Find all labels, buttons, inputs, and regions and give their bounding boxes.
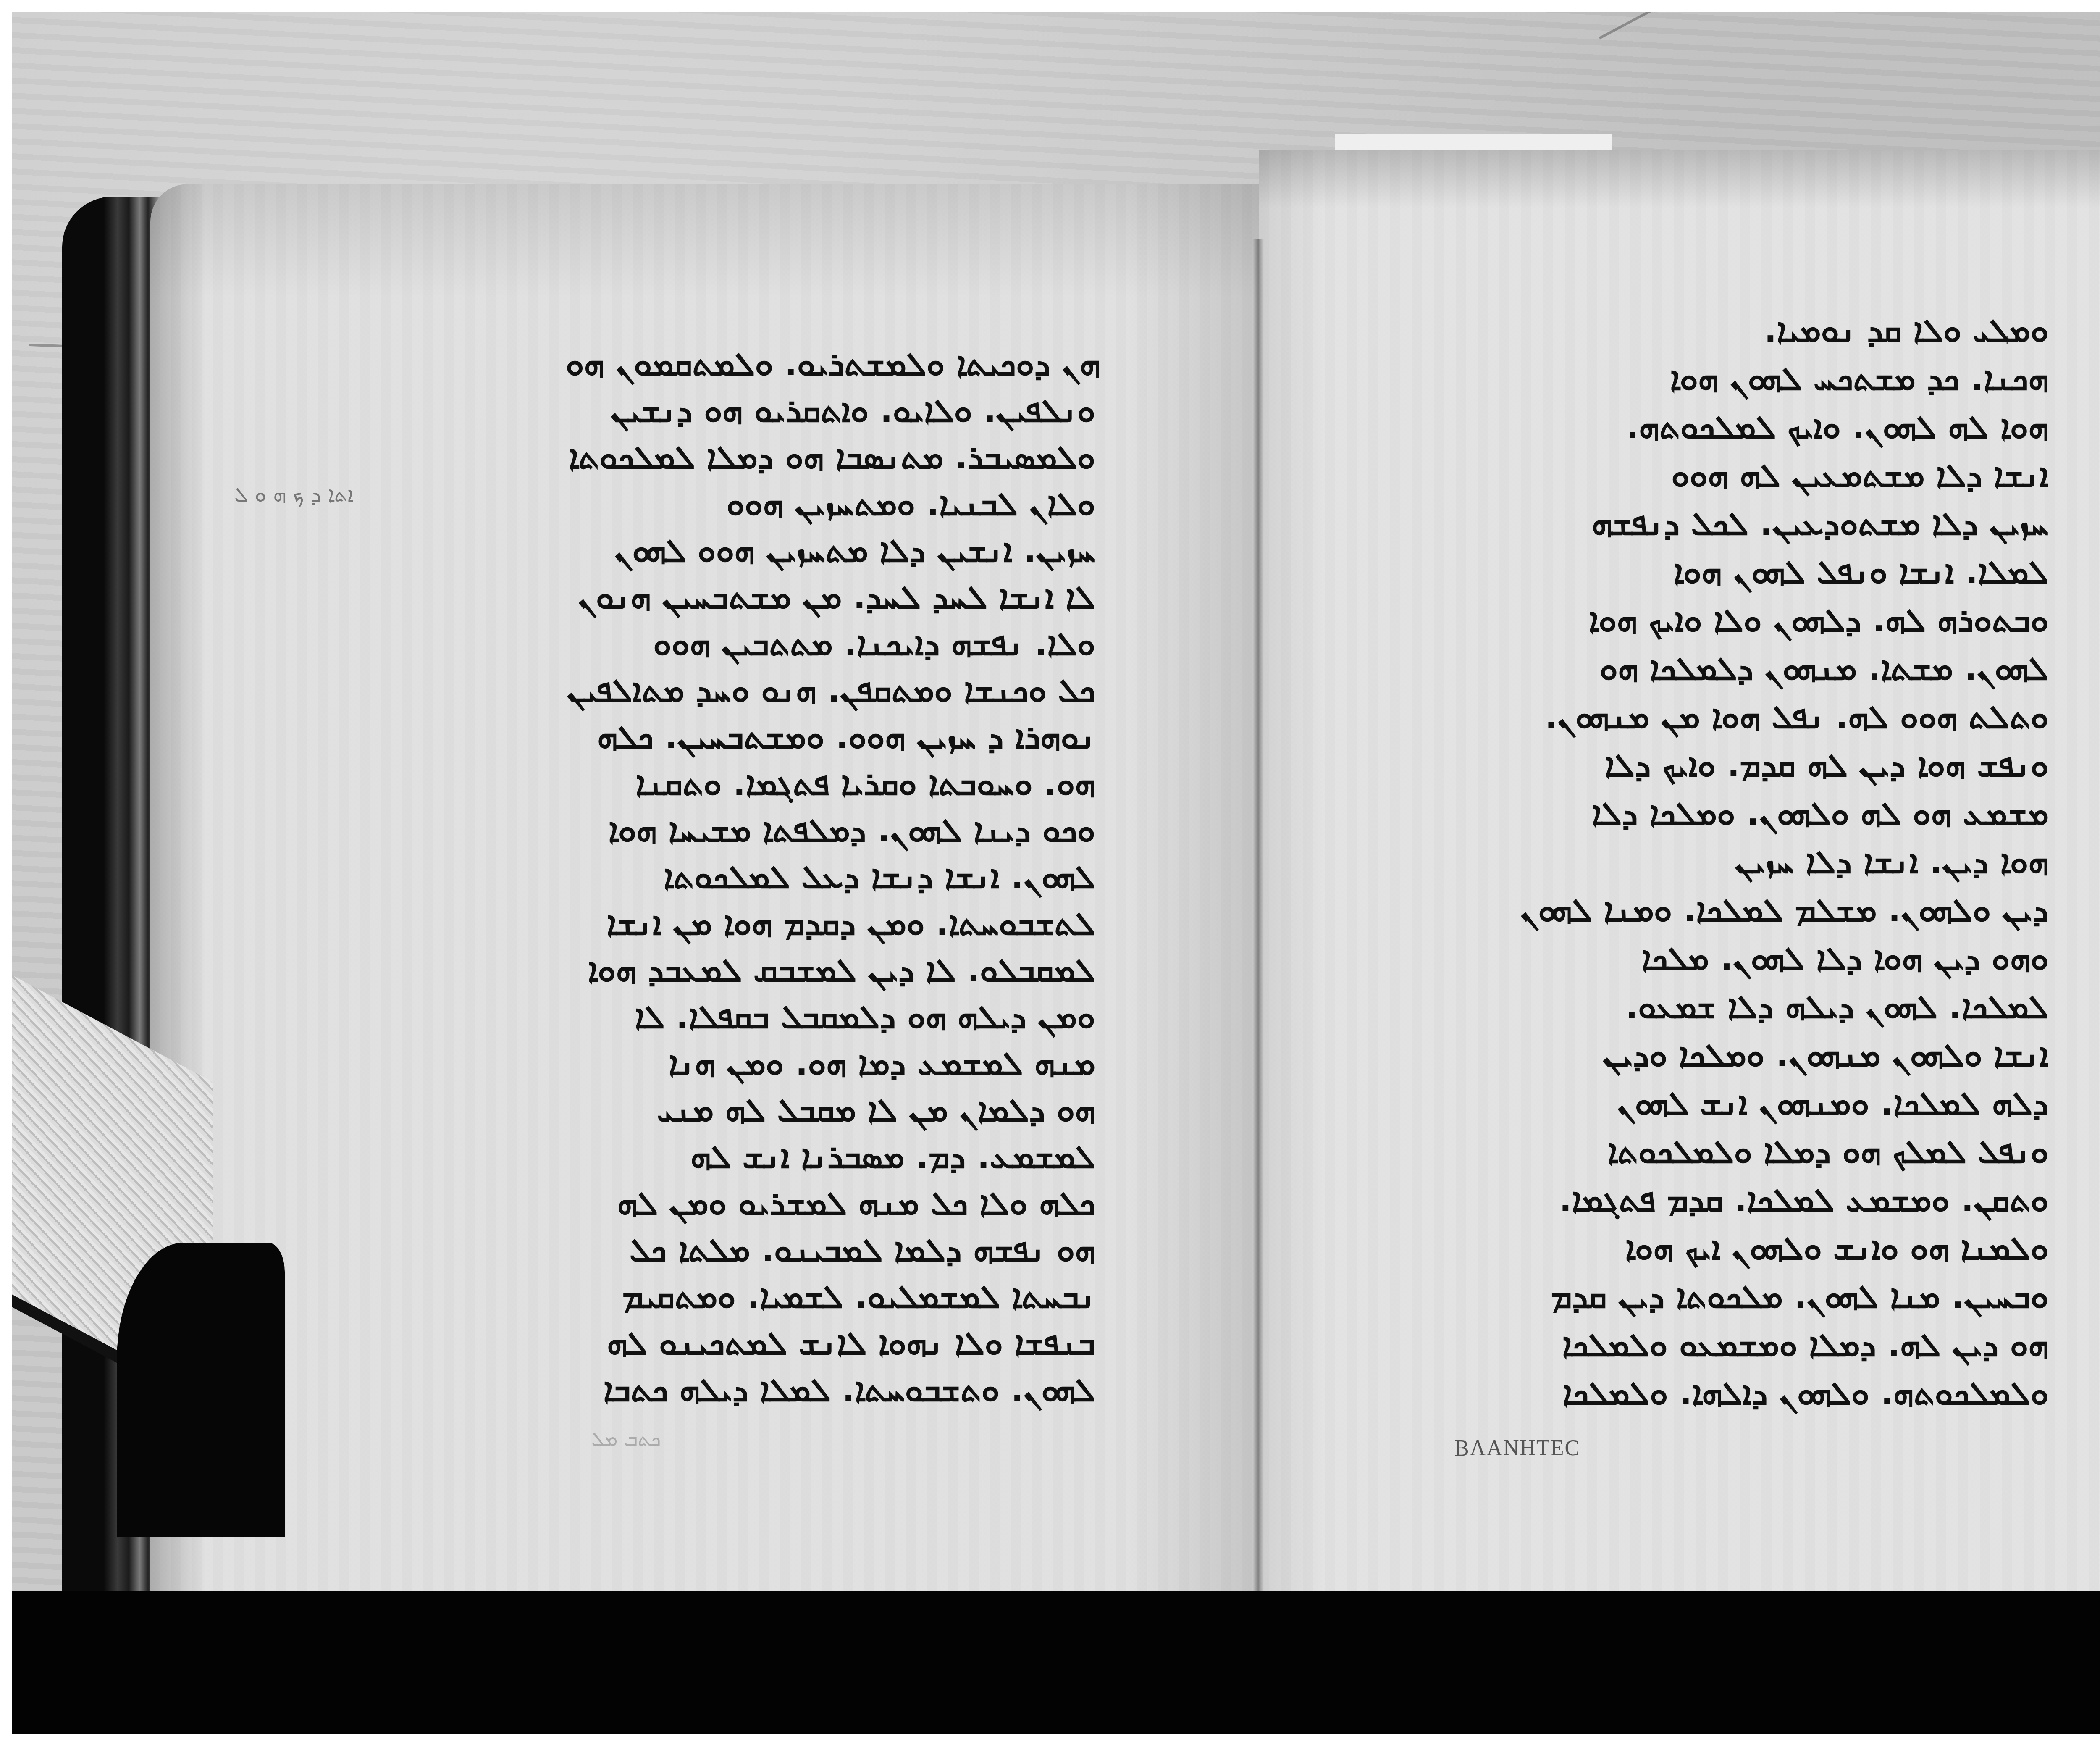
text-line: ܘܠܐܢ ܠܒܢܝܐ. ܘܡܬܚܙܝܢ ܗܘܘ — [727, 488, 1095, 520]
stacked-book-shadow — [117, 1243, 285, 1537]
text-line: ܠܡܩܒܠܘ. ܠܐ ܕܝܢ ܠܡܫܒܩ ܠܡܥܒܕ ܗܘܐ — [588, 954, 1095, 987]
text-line: ܘܢܠܦܝܢ. ܘܠܐܝܘ. ܘܐܬܩܪܝܘ ܗܘ ܕܢܫܝܢ — [611, 394, 1095, 427]
text-line: ܢܒܚܬܐ ܠܡܫܡܠܝܘ. ܠܫܡܝܐ. ܘܡܬܩܝܡ — [622, 1280, 1095, 1313]
text-line: ܕܠܗ ܠܡܠܟܐ. ܘܡܢܗܘܢ ܐܢܫ ܠܗܘܢ — [1617, 1087, 2049, 1120]
text-line: ܗܘ ܕܝܢ ܠܗ. ܕܡܠܐ ܘܡܫܡܥܘ ܘܠܡܠܟܐ — [1562, 1329, 2049, 1362]
text-line: ܡܢܗ ܠܡܫܡܥ ܕܡܐ ܗܘ. ܘܡܢ ܗܢܐ — [668, 1047, 1095, 1080]
text-line: ܗܘ. ܘܚܘܒܬܐ ܘܩܪܝܐ ܦܬܓܡܐ. ܘܬܩܢܐ — [635, 768, 1095, 800]
text-line: ܠܬܫܒܘܚܬܐ. ܘܡܢ ܕܩܕܡ ܗܘܐ ܡܢ ܐܢܫܐ — [606, 907, 1095, 940]
text-line: ܘܒܚܝܢ. ܡܢܐ ܠܗܘܢ. ܡܠܟܘܬܐ ܕܝܢ ܩܕܡ — [1551, 1280, 2049, 1313]
text-line: ܘܠܐ. ܢܦܫܗ ܕܐܝܟܢܐ. ܡܬܬܒܝܢ ܗܘܘ — [653, 628, 1095, 660]
text-line: ܒܢܦܫܐ ܘܠܐ ܢܗܘܐ ܠܐܢܫ ܠܡܬܟܝܢܘ ܠܗ — [607, 1327, 1095, 1360]
text-line: ܚܙܝܢ. ܐܢܫܝܢ ܕܠܐ ܡܬܚܙܝܢ ܗܘܘ ܠܗܘܢ — [614, 534, 1095, 567]
text-line: ܘܬܩܢ. ܘܡܫܡܥ ܠܡܠܟܐ. ܩܕܡ ܦܬܓܡܐ. — [1559, 1184, 2049, 1217]
bottom-black-band — [12, 1591, 2100, 1734]
text-line: ܡܫܡܥ ܗܘ ܠܗ ܘܠܗܘܢ. ܘܡܠܟܐ ܕܠܐ — [1592, 797, 2049, 830]
text-line: ܠܗܘܢ. ܐܢܫܐ ܕܢܫܐ ܕܥܠ ܠܡܠܟܘܬܐ — [664, 861, 1095, 894]
gutter — [1253, 239, 1264, 1608]
text-line: ܗܢ ܕܘܟܝܬܐ ܘܠܡܫܬܪܝܘ. ܘܠܡܬܩܡܘܢ ܗܘ — [566, 348, 1095, 381]
text-line: ܚܙܝܢ ܕܠܐ ܡܫܬܘܕܥܝܢ. ܠܟܠ ܕܢܦܫܗ — [1592, 507, 2049, 540]
text-line: ܗܟܢܐ. ܟܕ ܡܫܬܟܚ ܠܗܘܢ ܗܘܐ — [1670, 363, 2049, 395]
text-line: ܗܘܐ ܕܝܢ. ܐܢܫܐ ܕܠܐ ܚܙܝܢ — [1735, 846, 2049, 878]
text-line: ܗܘܐ ܠܗ ܠܗܘܢ. ܘܐܝܟ ܠܡܠܟܘܬܗ. — [1626, 411, 2049, 444]
text-line: ܗܘ ܢܦܫܗ ܕܠܡܐ ܠܡܒܝܢܘ. ܡܠܬܐ ܟܠ — [630, 1234, 1095, 1267]
text-line: ܠܗܘܢ. ܘܬܫܒܘܚܬܐ. ܠܡܠܐ ܕܝܠܗ ܟܬܒܐ — [603, 1374, 1095, 1406]
text-line: ܘܬܠܬ ܗܘܘ ܠܗ. ܢܦܠ ܗܘܐ ܡܢ ܡܢܗܘܢ. — [1545, 701, 2049, 733]
text-line: ܠܡܫܡܥ. ܕܡ. ܡܣܒܪܢܐ ܐܢܫ ܠܗ — [690, 1141, 1095, 1173]
text-line: ܠܡܠܟܐ. ܠܗܘܢ ܕܝܠܗ ܕܠܐ ܫܡܥܘ. — [1625, 991, 2049, 1023]
faint-footer-note: ܟܬܒ ܡܠ — [591, 1427, 661, 1451]
photo-frame: ܐܬܐ ܕ ܟ ܗ ܘ ܠ ⁖ ܗܢ ܕܘܟܝܬܐ ܘܠܡܫܬܪܝܘ. ܘܠܡܬ… — [0, 0, 2100, 1748]
text-line: ܟܠܗ ܘܠܐ ܟܠ ܡܢܗ ܠܡܫܪܝܘ ܘܡܢ ܠܗ — [617, 1187, 1095, 1220]
right-page-text: ܘܡܠܝ ܘܠܐ ܩܕ ܢܘܡܝܐ. ܗܟܢܐ. ܟܕ ܡܫܬܟܚ ܠܗܘܢ ܗ… — [1394, 314, 2049, 1423]
text-line: ܘܠܡܢܐ ܗܘ ܘܐܢܫ ܘܠܗܘܢ ܐܝܟ ܗܘܐ — [1625, 1232, 2049, 1265]
text-line: ܘܠܡܠܟܘܬܗ. ܘܠܗܘܢ ܕܐܠܗܐ. ܘܠܡܠܟܐ — [1562, 1377, 2049, 1410]
text-line: ܐܢܫܐ ܘܠܗܘܢ ܡܢܗܘܢ. ܘܡܠܟܐ ܘܕܝܢ — [1603, 1039, 2049, 1072]
open-codex: ܐܬܐ ܕ ܟ ܗ ܘ ܠ ⁖ ܗܢ ܕܘܟܝܬܐ ܘܠܡܫܬܪܝܘ. ܘܠܡܬ… — [12, 12, 2100, 1734]
text-line: ܘܡܠܝ ܘܠܐ ܩܕ ܢܘܡܝܐ. — [1764, 314, 2049, 347]
text-line: ܠܗܘܢ. ܡܫܬܐ. ܡܢܗܘܢ ܕܠܡܠܟܐ ܗܘ — [1600, 652, 2049, 685]
text-line: ܘܗܘ ܕܝܢ ܗܘܐ ܕܠܐ ܠܗܘܢ. ܡܠܟܐ — [1641, 942, 2049, 975]
text-line: ܘܟܘ ܕܝܢܐ ܠܗܘܢ. ܕܡܠܦܬܐ ܡܫܝܚܐ ܗܘܐ — [608, 814, 1095, 847]
text-line: ܕܝܢ ܘܠܗܘܢ. ܡܫܠܡ ܠܡܠܟܐ. ܘܡܢܐ ܠܗܘܢ — [1520, 894, 2049, 927]
text-line: ܢܘܗܪܐ ܕ ܚܙܝܢ ܗܘܘ. ܘܡܫܬܒܚܝܢ. ܟܠܗ — [597, 721, 1095, 754]
text-line: ܘܢܦܠ ܠܡܠܟ ܗܘ ܕܡܠܐ ܘܠܡܠܟܘܬܐ — [1607, 1136, 2049, 1168]
text-line: ܘܒܬܘܪܗ ܠܗ. ܕܠܗܘܢ ܘܠܐ ܘܐܝܟ ܗܘܐ — [1588, 604, 2049, 637]
marginal-note: ܐܬܐ ܕ ܟ ܗ ܘ ܠ — [234, 482, 354, 507]
text-line: ܘܠܡܣܝܒܪ. ܡܬܢܣܒܐ ܗܘ ܕܡܠܐ ܠܡܠܟܘܬܐ — [569, 441, 1095, 474]
left-page-text: ܗܢ ܕܘܟܝܬܐ ܘܠܡܫܬܪܝܘ. ܘܠܡܬܩܡܘܢ ܗܘ ܘܢܠܦܝܢ. … — [415, 348, 1095, 1423]
stacked-book-left — [12, 915, 247, 1545]
text-line: ܘܡܢ ܕܝܠܗ ܗܘ ܕܠܡܩܒܠ ܒܩܦܠܐ. ܠܐ — [635, 1001, 1095, 1033]
text-line: ܘܢܦܫ ܗܘܐ ܕܝܢ ܠܗ ܩܕܡ. ܘܐܝܟ ܕܠܐ — [1605, 749, 2049, 782]
text-line: ܐܢܫܐ ܕܠܐ ܡܫܬܡܥܝܢ ܠܗ ܗܘܘ — [1671, 459, 2049, 492]
greek-footer-label: ΒΛΑΝΗΤΕC — [1454, 1436, 1580, 1461]
text-line: ܠܡܠܐ. ܐܢܫܐ ܘܢܦܠ ܠܗܘܢ ܗܘܐ — [1673, 556, 2049, 589]
text-line: ܠܐ ܐܢܫܐ ܠܚܕ ܠܚܕ. ܡܢ ܡܫܬܒܚܝܢ ܗܢܘܢ — [578, 581, 1095, 614]
photograph: ܐܬܐ ܕ ܟ ܗ ܘ ܠ ⁖ ܗܢ ܕܘܟܝܬܐ ܘܠܡܫܬܪܝܘ. ܘܠܡܬ… — [12, 12, 2100, 1734]
text-line: ܟܠ ܘܟܢܫܐ ܘܡܬܩܦܢ. ܗܢܘ ܘܚܕ ܡܬܐܠܦܝܢ — [567, 674, 1095, 707]
text-line: ܗܘ ܕܠܡܐܢ ܡܢ ܠܐ ܡܩܒܠ ܠܗ ܡܢܝ — [657, 1094, 1095, 1127]
